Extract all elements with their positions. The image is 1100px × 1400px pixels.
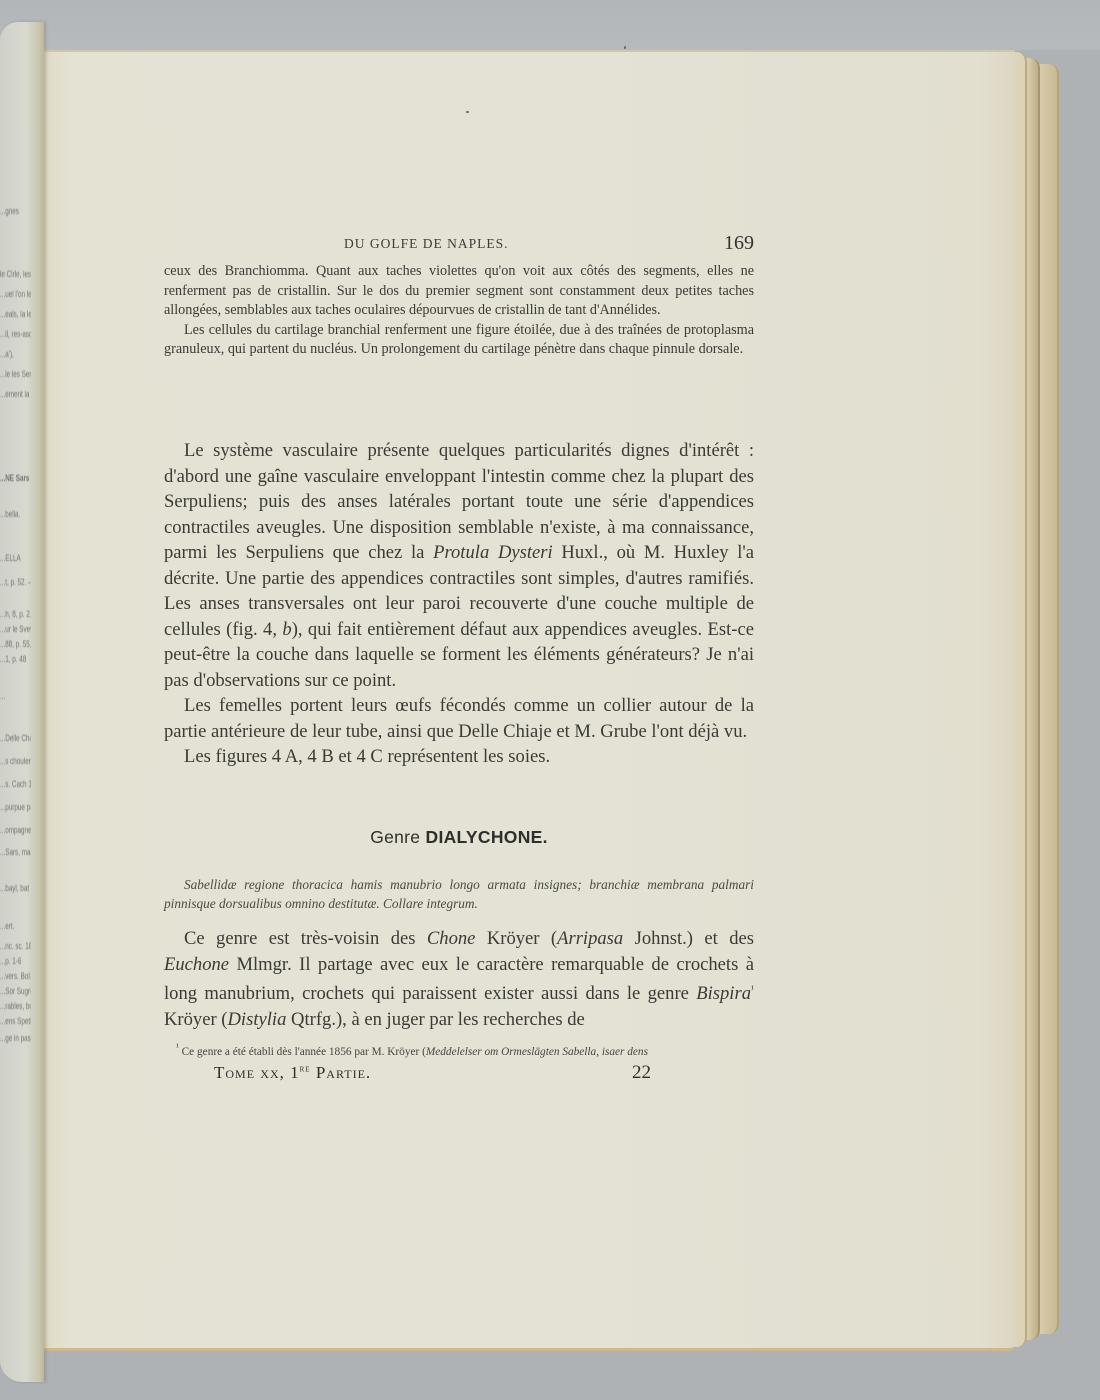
signature-sup: re xyxy=(300,1063,311,1074)
signature-number: 22 xyxy=(632,1062,651,1084)
text-run: Johnst.) et des xyxy=(623,928,754,949)
verso-text-fragment: ...uel l'on les Subu xyxy=(0,290,31,299)
running-head-title: DU GOLFE DE NAPLES. xyxy=(344,236,509,252)
text-run: Kröyer ( xyxy=(164,1009,228,1030)
small-print-section: ceux des Branchiomma. Quant aux taches v… xyxy=(164,262,754,360)
genus-paragraph-section: Ce genre est très-voisin des Chone Kröye… xyxy=(164,926,754,1032)
genus-ref: Euchone xyxy=(164,954,229,975)
heading-prefix: Genre xyxy=(370,827,425,847)
verso-text-fragment: ...bayl, bat le xyxy=(0,884,31,893)
verso-text-fragment: ...bella. xyxy=(0,510,31,519)
verso-text-fragment: ...t, p. 52. – Serbal xyxy=(0,578,31,587)
verso-text-fragment: ...NE Sars xyxy=(0,474,31,483)
verso-text-fragment: ...ge in pas semblables xyxy=(0,1034,31,1043)
verso-text-fragment: le Cirle, les Sabel xyxy=(0,270,31,279)
footnote-text: Ce genre a été établi dès l'année 1856 p… xyxy=(179,1046,426,1058)
verso-text-fragment: ... xyxy=(0,692,31,701)
verso-text-fragment: ...ement la sabie xyxy=(0,390,31,399)
verso-text-fragment: ...ll, res-asdila xyxy=(0,330,31,339)
book-page-verso-edge: ...gnes le Cirle, les Sabel ...uel l'on … xyxy=(0,22,44,1382)
section-heading: Genre DIALYCHONE. xyxy=(164,827,754,848)
genus-paragraph: Ce genre est très-voisin des Chone Kröye… xyxy=(164,926,754,1032)
footnote-marker[interactable]: ¹ xyxy=(751,984,754,995)
verso-text-fragment: ...ompagnes sous xyxy=(0,826,31,835)
genus-ref: Bispira xyxy=(696,983,751,1004)
verso-text-fragment: ...ens Spetbergs, m. xyxy=(0,1017,31,1026)
verso-text-fragment: ...gnes xyxy=(0,207,31,216)
signature-label: Tome xx, 1 xyxy=(214,1063,300,1082)
footnote-citation: Meddelelser om Ormeslägten Sabella, isae… xyxy=(426,1046,648,1058)
verso-text-fragment: ...eals, la le Bus xyxy=(0,310,31,319)
verso-text-fragment: ...vers. Bol. 8. p. xyxy=(0,972,31,981)
paragraph: ceux des Branchiomma. Quant aux taches v… xyxy=(164,262,754,321)
verso-text-fragment: ...Delle Chaje t. 6 xyxy=(0,734,31,743)
photo-backdrop xyxy=(0,0,1100,50)
latin-diagnosis: Sabellidæ regione thoracica hamis manubr… xyxy=(164,875,754,913)
verso-text-fragment: ...ur le Svev. 108, p. xyxy=(0,625,31,634)
paper-speck xyxy=(624,46,626,49)
paragraph-females: Les femelles portent leurs œufs fécondés… xyxy=(164,693,754,744)
verso-text-fragment: ...p. 1-6 xyxy=(0,957,31,966)
running-head: DU GOLFE DE NAPLES. 169 xyxy=(164,236,754,258)
species-name: Protula Dysteri xyxy=(433,542,553,563)
verso-text-fragment: ...rables, bc. at. p. xyxy=(0,1002,31,1011)
verso-text-fragment: ...a'), xyxy=(0,350,31,359)
paragraph-figures: Les figures 4 A, 4 B et 4 C représentent… xyxy=(164,744,754,770)
text-run: Ce genre est très-voisin des xyxy=(184,928,427,949)
genus-name: DIALYCHONE. xyxy=(426,827,548,847)
footnote: ¹ Ce genre a été établi dès l'année 1856… xyxy=(176,1043,756,1058)
genus-ref: Distylia xyxy=(228,1009,287,1030)
genus-ref: Chone xyxy=(427,928,476,949)
signature-label-2: Partie. xyxy=(311,1063,372,1082)
verso-text-fragment: ...ert. xyxy=(0,922,31,931)
verso-text-fragment: ...88, p. 55, ut. t. p. xyxy=(0,640,31,649)
diagnosis-text: Sabellidæ regione thoracica hamis manubr… xyxy=(164,875,754,913)
paper-speck xyxy=(466,111,469,113)
main-text-section: Le système vasculaire présente quelques … xyxy=(164,438,754,770)
verso-text-fragment: ...purpue par les xyxy=(0,803,31,812)
verso-text-fragment: ...s chouler au dessus xyxy=(0,757,31,766)
verso-text-fragment: ...h, 8, p. 2. Dalla xyxy=(0,610,31,619)
text-run: Kröyer ( xyxy=(475,928,557,949)
signature-line: Tome xx, 1re Partie. xyxy=(214,1063,371,1083)
page-number: 169 xyxy=(724,232,754,255)
paragraph: Les cellules du cartilage branchial renf… xyxy=(164,321,754,360)
verso-text-fragment: ...le les Serpules xyxy=(0,370,31,379)
genus-ref: Arripasa xyxy=(557,928,623,949)
paragraph-vascular-system: Le système vasculaire présente quelques … xyxy=(164,438,754,693)
figure-ref: b xyxy=(282,619,291,640)
verso-text-fragment: ...Sor Sugre bullet xyxy=(0,987,31,996)
text-run: Mlmgr. Il partage avec eux le caractère … xyxy=(164,954,754,1005)
verso-text-fragment: ...1, p. 48 xyxy=(0,655,31,664)
verso-text-fragment: ...Sars, mais les xyxy=(0,848,31,857)
verso-text-fragment: ...nc. sc. 182, p. xyxy=(0,942,31,951)
verso-text-fragment: ...s. Cach 1, Bruc xyxy=(0,780,31,789)
text-run: Qtrfg.), à en juger par les recherches d… xyxy=(286,1009,584,1030)
verso-text-fragment: ...ELLA xyxy=(0,554,31,563)
